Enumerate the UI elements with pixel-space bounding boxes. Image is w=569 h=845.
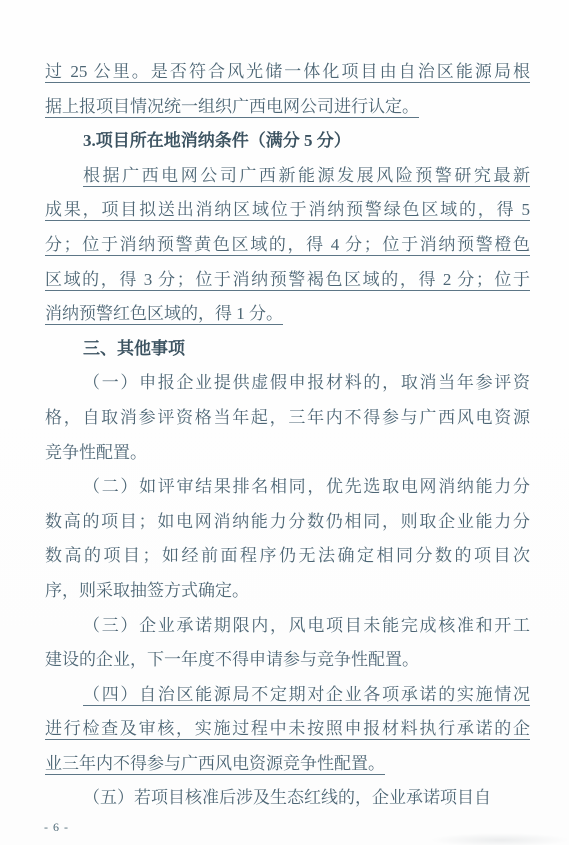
document-line: 据上报项目情况统一组织广西电网公司进行认定。 bbox=[45, 90, 530, 125]
document-text-block: 过 25 公里。是否符合风光储一体化项目由自治区能源局根 据上报项目情况统一组织… bbox=[45, 55, 530, 816]
document-line: 区域的，得 3 分；位于消纳预警褐色区域的，得 2 分；位于 bbox=[45, 263, 530, 298]
document-line: 根据广西电网公司广西新能源发展风险预警研究最新 bbox=[45, 159, 530, 194]
document-line: 格，自取消参评资格当年起，三年内不得参与广西风电资源 bbox=[45, 401, 530, 436]
document-line: 分；位于消纳预警黄色区域的，得 4 分；位于消纳预警橙色 bbox=[45, 228, 530, 263]
document-line: （五）若项目核准后涉及生态红线的，企业承诺项目自 bbox=[45, 781, 530, 816]
document-line: 成果，项目拟送出消纳区域位于消纳预警绿色区域的，得 5 bbox=[45, 193, 530, 228]
document-line: 竞争性配置。 bbox=[45, 436, 530, 471]
document-line: 业三年内不得参与广西风电资源竞争性配置。 bbox=[45, 747, 530, 782]
document-line: 数高的项目；如电网消纳能力分数仍相同，则取企业能力分 bbox=[45, 505, 530, 540]
section-heading-other-matters: 三、其他事项 bbox=[45, 332, 530, 367]
document-page: 过 25 公里。是否符合风光储一体化项目由自治区能源局根 据上报项目情况统一组织… bbox=[0, 0, 569, 845]
document-line: 过 25 公里。是否符合风光储一体化项目由自治区能源局根 bbox=[45, 55, 530, 90]
document-line: （二）如评审结果排名相同，优先选取电网消纳能力分 bbox=[45, 470, 530, 505]
page-number: - 6 - bbox=[44, 820, 69, 835]
section-heading-consumption-conditions: 3.项目所在地消纳条件（满分 5 分） bbox=[45, 124, 530, 159]
document-line: （三）企业承诺期限内，风电项目未能完成核准和开工 bbox=[45, 609, 530, 644]
document-line: 序，则采取抽签方式确定。 bbox=[45, 574, 530, 609]
document-line: 消纳预警红色区域的，得 1 分。 bbox=[45, 297, 530, 332]
document-line: （一）申报企业提供虚假申报材料的，取消当年参评资 bbox=[45, 366, 530, 401]
scan-artifact-smudge bbox=[430, 833, 569, 845]
document-line: 建设的企业，下一年度不得申请参与竞争性配置。 bbox=[45, 643, 530, 678]
document-line: 数高的项目；如经前面程序仍无法确定相同分数的项目次 bbox=[45, 539, 530, 574]
document-line: 进行检查及审核，实施过程中未按照申报材料执行承诺的企 bbox=[45, 712, 530, 747]
document-line: （四）自治区能源局不定期对企业各项承诺的实施情况 bbox=[45, 678, 530, 713]
